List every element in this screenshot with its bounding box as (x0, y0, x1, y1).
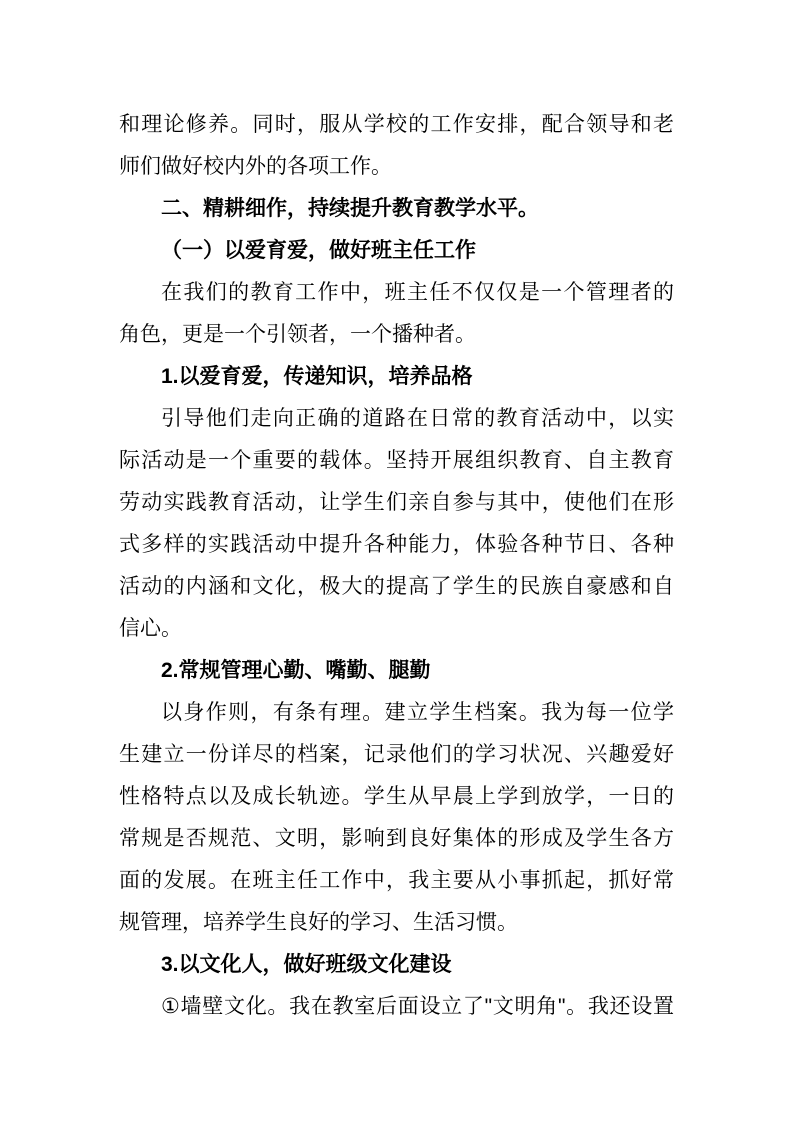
text-line: 式多样的实践活动中提升各种能力，体验各种节日、各种 (119, 524, 674, 566)
text-line: 活动的内涵和文化，极大的提高了学生的民族自豪感和自 (119, 566, 674, 608)
text-line: 信心。 (119, 608, 674, 650)
text-line: ①墙壁文化。我在教室后面设立了"文明角"。我还设置 (119, 986, 674, 1028)
text-line: 际活动是一个重要的载体。坚持开展组织教育、自主教育 (119, 440, 674, 482)
text-line: 在我们的教育工作中，班主任不仅仅是一个管理者的 (119, 272, 674, 314)
heading-line: 1.以爱育爱，传递知识，培养品格 (119, 356, 674, 398)
text-line: 面的发展。在班主任工作中，我主要从小事抓起，抓好常 (119, 860, 674, 902)
document-page: 和理论修养。同时，服从学校的工作安排，配合领导和老师们做好校内外的各项工作。二、… (0, 0, 793, 1122)
text-line: 和理论修养。同时，服从学校的工作安排，配合领导和老 (119, 104, 674, 146)
document-body: 和理论修养。同时，服从学校的工作安排，配合领导和老师们做好校内外的各项工作。二、… (0, 0, 793, 1028)
text-line: 性格特点以及成长轨迹。学生从早晨上学到放学，一日的 (119, 776, 674, 818)
text-line: 生建立一份详尽的档案，记录他们的学习状况、兴趣爱好 (119, 734, 674, 776)
text-line: 以身作则，有条有理。建立学生档案。我为每一位学 (119, 692, 674, 734)
text-line: 引导他们走向正确的道路在日常的教育活动中，以实 (119, 398, 674, 440)
text-line: 师们做好校内外的各项工作。 (119, 146, 674, 188)
text-line: 规管理，培养学生良好的学习、生活习惯。 (119, 902, 674, 944)
text-line: 劳动实践教育活动，让学生们亲自参与其中，使他们在形 (119, 482, 674, 524)
heading-line: 3.以文化人，做好班级文化建设 (119, 944, 674, 986)
text-line: 角色，更是一个引领者，一个播种者。 (119, 314, 674, 356)
heading-line: 二、精耕细作，持续提升教育教学水平。 (119, 188, 674, 230)
text-line: 常规是否规范、文明，影响到良好集体的形成及学生各方 (119, 818, 674, 860)
heading-line: 2.常规管理心勤、嘴勤、腿勤 (119, 650, 674, 692)
heading-line: （一）以爱育爱，做好班主任工作 (119, 230, 674, 272)
